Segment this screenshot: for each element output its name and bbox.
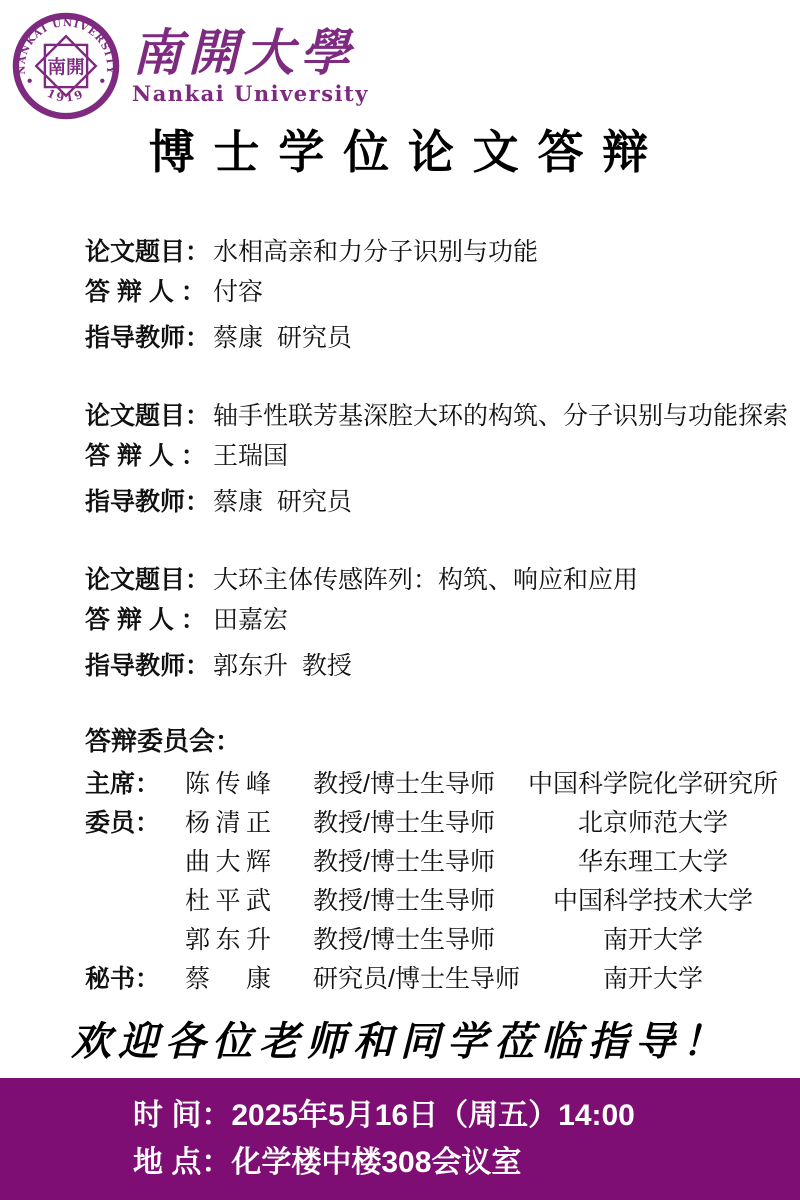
candidate-name: 付容 — [213, 272, 263, 312]
committee-member-affiliation: 华东理工大学 — [518, 843, 788, 882]
committee-member-title: 教授/博士生导师 — [313, 843, 518, 882]
committee-role — [85, 921, 185, 960]
venue-row: 地 点： 化学楼中楼308会议室 — [133, 1148, 800, 1178]
time-row: 时 间： 2025年5月16日（周五）14:00 — [133, 1101, 800, 1131]
candidate-name: 田嘉宏 — [213, 600, 288, 640]
committee-role — [85, 882, 185, 921]
defense-committee: 答辩委员会： 主席： 陈传峰 教授/博士生导师 中国科学院化学研究所 委员： 杨… — [85, 720, 788, 999]
committee-member-affiliation: 北京师范大学 — [518, 804, 788, 843]
university-name-chinese: 南開大學 — [132, 28, 369, 78]
advisor-row: 指导教师： 蔡康 研究员 — [85, 318, 795, 358]
advisor-row: 指导教师： 蔡康 研究员 — [85, 482, 795, 522]
committee-member-name: 蔡 康 — [185, 960, 313, 999]
event-info-banner: 时 间： 2025年5月16日（周五）14:00 地 点： 化学楼中楼308会议… — [0, 1078, 800, 1200]
seal-center-text: 南開 — [47, 56, 85, 78]
committee-row-chair: 主席： 陈传峰 教授/博士生导师 中国科学院化学研究所 — [85, 765, 788, 804]
candidate-label: 答 辩 人 ： — [85, 436, 213, 476]
thesis-title-value: 大环主体传感阵列：构筑、响应和应用 — [213, 560, 638, 600]
defense-announcement-poster: NANKAI UNIVERSITY 1919 南開 南開大學 Nankai Un… — [0, 0, 800, 1200]
committee-member-title: 研究员/博士生导师 — [313, 960, 518, 999]
committee-member-name: 陈传峰 — [185, 765, 313, 804]
committee-member-affiliation: 中国科学技术大学 — [518, 882, 788, 921]
advisor-label: 指导教师： — [85, 646, 213, 686]
venue-value: 化学楼中楼308会议室 — [231, 1148, 521, 1178]
committee-member-title: 教授/博士生导师 — [313, 804, 518, 843]
thesis-entry-2: 论文题目： 轴手性联芳基深腔大环的构筑、分子识别与功能探索 答 辩 人 ： 王瑞… — [85, 396, 795, 522]
thesis-entry-3: 论文题目： 大环主体传感阵列：构筑、响应和应用 答 辩 人 ： 田嘉宏 指导教师… — [85, 560, 795, 686]
time-value: 2025年5月16日（周五）14:00 — [231, 1101, 635, 1131]
committee-row-member: 委员： 杨清正 教授/博士生导师 北京师范大学 — [85, 804, 788, 843]
committee-member-title: 教授/博士生导师 — [313, 921, 518, 960]
thesis-title-label: 论文题目： — [85, 396, 213, 436]
candidate-row: 答 辩 人 ： 田嘉宏 — [85, 600, 795, 640]
committee-member-name: 郭东升 — [185, 921, 313, 960]
thesis-title-row: 论文题目： 大环主体传感阵列：构筑、响应和应用 — [85, 560, 795, 600]
committee-row-member: 曲大辉 教授/博士生导师 华东理工大学 — [85, 843, 788, 882]
advisor-label: 指导教师： — [85, 482, 213, 522]
thesis-title-value: 轴手性联芳基深腔大环的构筑、分子识别与功能探索 — [213, 396, 788, 436]
thesis-entry-1: 论文题目： 水相高亲和力分子识别与功能 答 辩 人 ： 付容 指导教师： 蔡康 … — [85, 232, 795, 358]
committee-row-member: 郭东升 教授/博士生导师 南开大学 — [85, 921, 788, 960]
candidate-label: 答 辩 人 ： — [85, 600, 213, 640]
committee-row-member: 杜平武 教授/博士生导师 中国科学技术大学 — [85, 882, 788, 921]
university-branding: NANKAI UNIVERSITY 1919 南開 南開大學 Nankai Un… — [12, 12, 369, 120]
committee-member-affiliation: 中国科学院化学研究所 — [518, 765, 788, 804]
committee-role: 主席： — [85, 765, 185, 804]
candidate-row: 答 辩 人 ： 付容 — [85, 272, 795, 312]
thesis-title-value: 水相高亲和力分子识别与功能 — [213, 232, 538, 272]
candidate-row: 答 辩 人 ： 王瑞国 — [85, 436, 795, 476]
page-title: 博 士 学 位 论 文 答 辩 — [0, 116, 800, 182]
committee-member-affiliation: 南开大学 — [518, 960, 788, 999]
committee-member-affiliation: 南开大学 — [518, 921, 788, 960]
thesis-title-row: 论文题目： 轴手性联芳基深腔大环的构筑、分子识别与功能探索 — [85, 396, 795, 436]
university-wordmark: 南開大學 Nankai University — [132, 28, 369, 106]
nankai-university-seal-icon: NANKAI UNIVERSITY 1919 南開 — [12, 12, 120, 120]
university-name-english: Nankai University — [132, 81, 369, 106]
committee-row-secretary: 秘书： 蔡 康 研究员/博士生导师 南开大学 — [85, 960, 788, 999]
welcome-message: 欢迎各位老师和同学莅临指导！ — [0, 1010, 800, 1067]
committee-member-title: 教授/博士生导师 — [313, 882, 518, 921]
committee-member-name: 曲大辉 — [185, 843, 313, 882]
candidate-name: 王瑞国 — [213, 436, 288, 476]
time-label: 时 间： — [133, 1101, 231, 1131]
advisor-label: 指导教师： — [85, 318, 213, 358]
venue-label: 地 点： — [133, 1148, 231, 1178]
committee-member-name: 杜平武 — [185, 882, 313, 921]
committee-role — [85, 843, 185, 882]
advisor-name: 蔡康 研究员 — [213, 482, 352, 522]
committee-heading: 答辩委员会： — [85, 720, 788, 762]
thesis-title-label: 论文题目： — [85, 232, 213, 272]
committee-role: 秘书： — [85, 960, 185, 999]
candidate-label: 答 辩 人 ： — [85, 272, 213, 312]
advisor-name: 郭东升 教授 — [213, 646, 352, 686]
committee-member-title: 教授/博士生导师 — [313, 765, 518, 804]
advisor-row: 指导教师： 郭东升 教授 — [85, 646, 795, 686]
thesis-title-label: 论文题目： — [85, 560, 213, 600]
thesis-list: 论文题目： 水相高亲和力分子识别与功能 答 辩 人 ： 付容 指导教师： 蔡康 … — [85, 232, 795, 724]
advisor-name: 蔡康 研究员 — [213, 318, 352, 358]
thesis-title-row: 论文题目： 水相高亲和力分子识别与功能 — [85, 232, 795, 272]
committee-member-name: 杨清正 — [185, 804, 313, 843]
committee-role: 委员： — [85, 804, 185, 843]
